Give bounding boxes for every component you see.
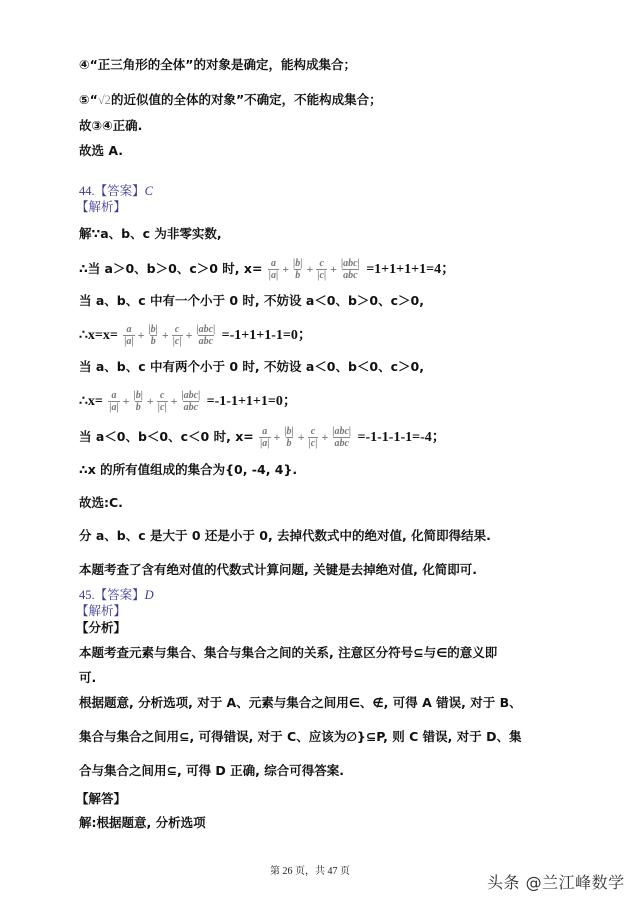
q45-jieda-label: 【解答】 xyxy=(76,790,126,808)
q45-analysis-label: 【解析】 xyxy=(76,602,126,620)
q44-case2: ∴x=x= a|a|+|b|b+c|c|+|abc|abc =-1+1+1-1=… xyxy=(79,324,312,347)
q44-analysis-label: 【解析】 xyxy=(76,198,126,216)
q44-case3-text: 当 a、b、c 中有两个小于 0 时, 不妨设 a＜0、b＜0、c＞0, xyxy=(79,358,424,376)
fraction-a: a|a| xyxy=(268,258,279,281)
prev-choice: 故选 A. xyxy=(79,142,123,160)
q44-case2-text: 当 a、b、c 中有一个小于 0 时, 不妨设 a＜0、b＞0、c＞0, xyxy=(79,292,424,310)
prev-item-4: ④“正三角形的全体”的对象是确定，能构成集合； xyxy=(79,56,356,74)
prev-conclusion: 故③④正确. xyxy=(79,117,142,135)
q44-choice: 故选:C. xyxy=(79,494,123,512)
q45-fenxi-line3: 根据题意, 分析选项, 对于 A、元素与集合之间用∈、∉, 可得 A 错误, 对… xyxy=(79,694,522,712)
q44-case1: ∴当 a＞0、b＞0、c＞0 时, x= a|a|+|b|b+c|c|+|abc… xyxy=(79,258,455,281)
fraction-b: |b|b xyxy=(292,258,303,281)
q45-fenxi-line1: 本题考查元素与集合、集合与集合之间的关系, 注意区分符号⊆与∈的意义即 xyxy=(79,644,497,662)
q45-fenxi-line2: 可. xyxy=(79,669,96,687)
q44-summary: 本题考查了含有绝对值的代数式计算问题, 关键是去掉绝对值, 化简即可. xyxy=(79,561,477,579)
q45-fenxi-label: 【分析】 xyxy=(76,619,126,637)
fraction-abc: |abc|abc xyxy=(340,258,361,281)
fraction-c: c|c| xyxy=(316,258,327,281)
page-number: 第 26 页，共 47 页 xyxy=(270,862,350,877)
sqrt-2: √2 xyxy=(98,93,111,107)
q44-method: 分 a、b、c 是大于 0 还是小于 0, 去掉代数式中的绝对值, 化简即得结果… xyxy=(79,527,491,545)
q44-set-line: ∴x 的所有值组成的集合为{0, -4, 4}. xyxy=(79,461,297,479)
q45-answer: D xyxy=(145,588,154,602)
prev-item-5: ⑤“√2的近似值的全体的对象”不确定，不能构成集合； xyxy=(79,91,382,109)
watermark: 头条 @兰江峰数学 xyxy=(487,870,625,893)
q45-fenxi-line5: 合与集合之间用⊆, 可得 D 正确, 综合可得答案. xyxy=(79,762,344,780)
q44-case3: ∴x= a|a|+|b|b+c|c|+|abc|abc =-1-1+1+1=0； xyxy=(79,390,297,413)
q44-case4: 当 a＜0、b＜0、c＜0 时, x= a|a|+|b|b+c|c|+|abc|… xyxy=(79,426,446,449)
q44-answer: C xyxy=(145,184,153,198)
q45-jieda-line1: 解:根据题意, 分析选项 xyxy=(79,814,206,832)
q45-fenxi-line4: 集合与集合之间用⊆, 可得错误, 对于 C、应该为∅}⊆P, 则 C 错误, 对… xyxy=(79,728,521,746)
q44-line1: 解∵a、b、c 为非零实数, xyxy=(79,225,222,243)
